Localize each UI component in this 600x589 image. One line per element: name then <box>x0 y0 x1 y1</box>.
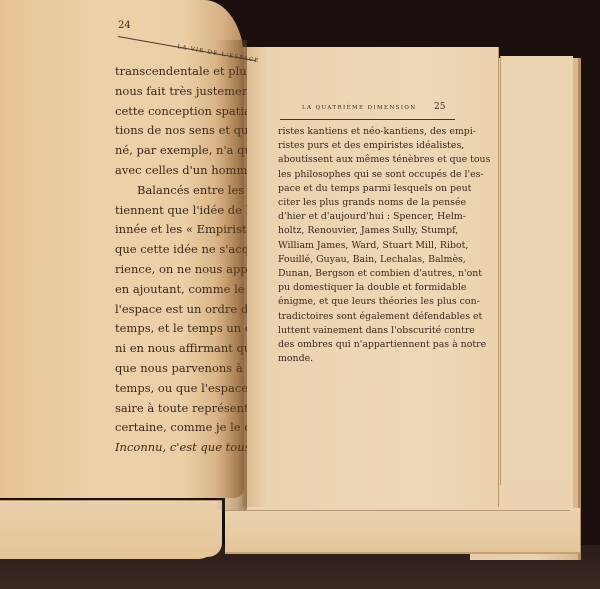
text-line: énigme, et que leurs théories les plus c… <box>278 295 456 309</box>
text-line: d'hier et d'aujourd'hui : Spencer, Helm- <box>278 210 456 224</box>
gutter-shadow <box>215 40 247 510</box>
text-line: Fouillé, Guyau, Bain, Lechalas, Balmès, <box>278 253 456 267</box>
text-line: ristes purs et des empiristes idéalistes… <box>278 139 456 153</box>
text-line: tradictoires sont également défendables … <box>278 310 456 324</box>
right-page: LA QUATRIÈME DIMENSION 25 ristes kantien… <box>242 47 498 507</box>
left-page: 24 LA VIE DE L'ESPACE transcendentale et… <box>0 0 244 498</box>
text-line: luttent vainement dans l'obscurité contr… <box>278 324 456 338</box>
header-rule <box>280 119 455 120</box>
text-line: holtz, Renouvier, James Sully, Stumpf, <box>278 224 456 238</box>
text-line: pu domestiquer la double et formidable <box>278 281 456 295</box>
running-head: LA QUATRIÈME DIMENSION <box>302 105 417 111</box>
page-number: 25 <box>434 102 445 112</box>
folded-page-edge <box>500 56 573 508</box>
text-line: aboutissent aux mêmes ténèbres et que to… <box>278 153 456 167</box>
text-line: les philosophes qui se sont occupés de l… <box>278 168 456 182</box>
text-line: monde. <box>278 352 456 366</box>
text-line: pace et du temps parmi lesquels on peut <box>278 182 456 196</box>
text-line: des ombres qui n'appartiennent pas à not… <box>278 338 456 352</box>
text-line: ristes kantiens et néo-kantiens, des emp… <box>278 125 456 139</box>
text-line: citer les plus grands noms de la pensée <box>278 196 456 210</box>
body-text: ristes kantiens et néo-kantiens, des emp… <box>278 125 456 366</box>
page-number: 24 <box>118 20 131 31</box>
page-stack-bottom <box>225 508 580 554</box>
text-line: Dunan, Bergson et combien d'autres, n'on… <box>278 267 456 281</box>
left-page-stack <box>0 500 222 557</box>
text-line: William James, Ward, Stuart Mill, Ribot, <box>278 239 456 253</box>
